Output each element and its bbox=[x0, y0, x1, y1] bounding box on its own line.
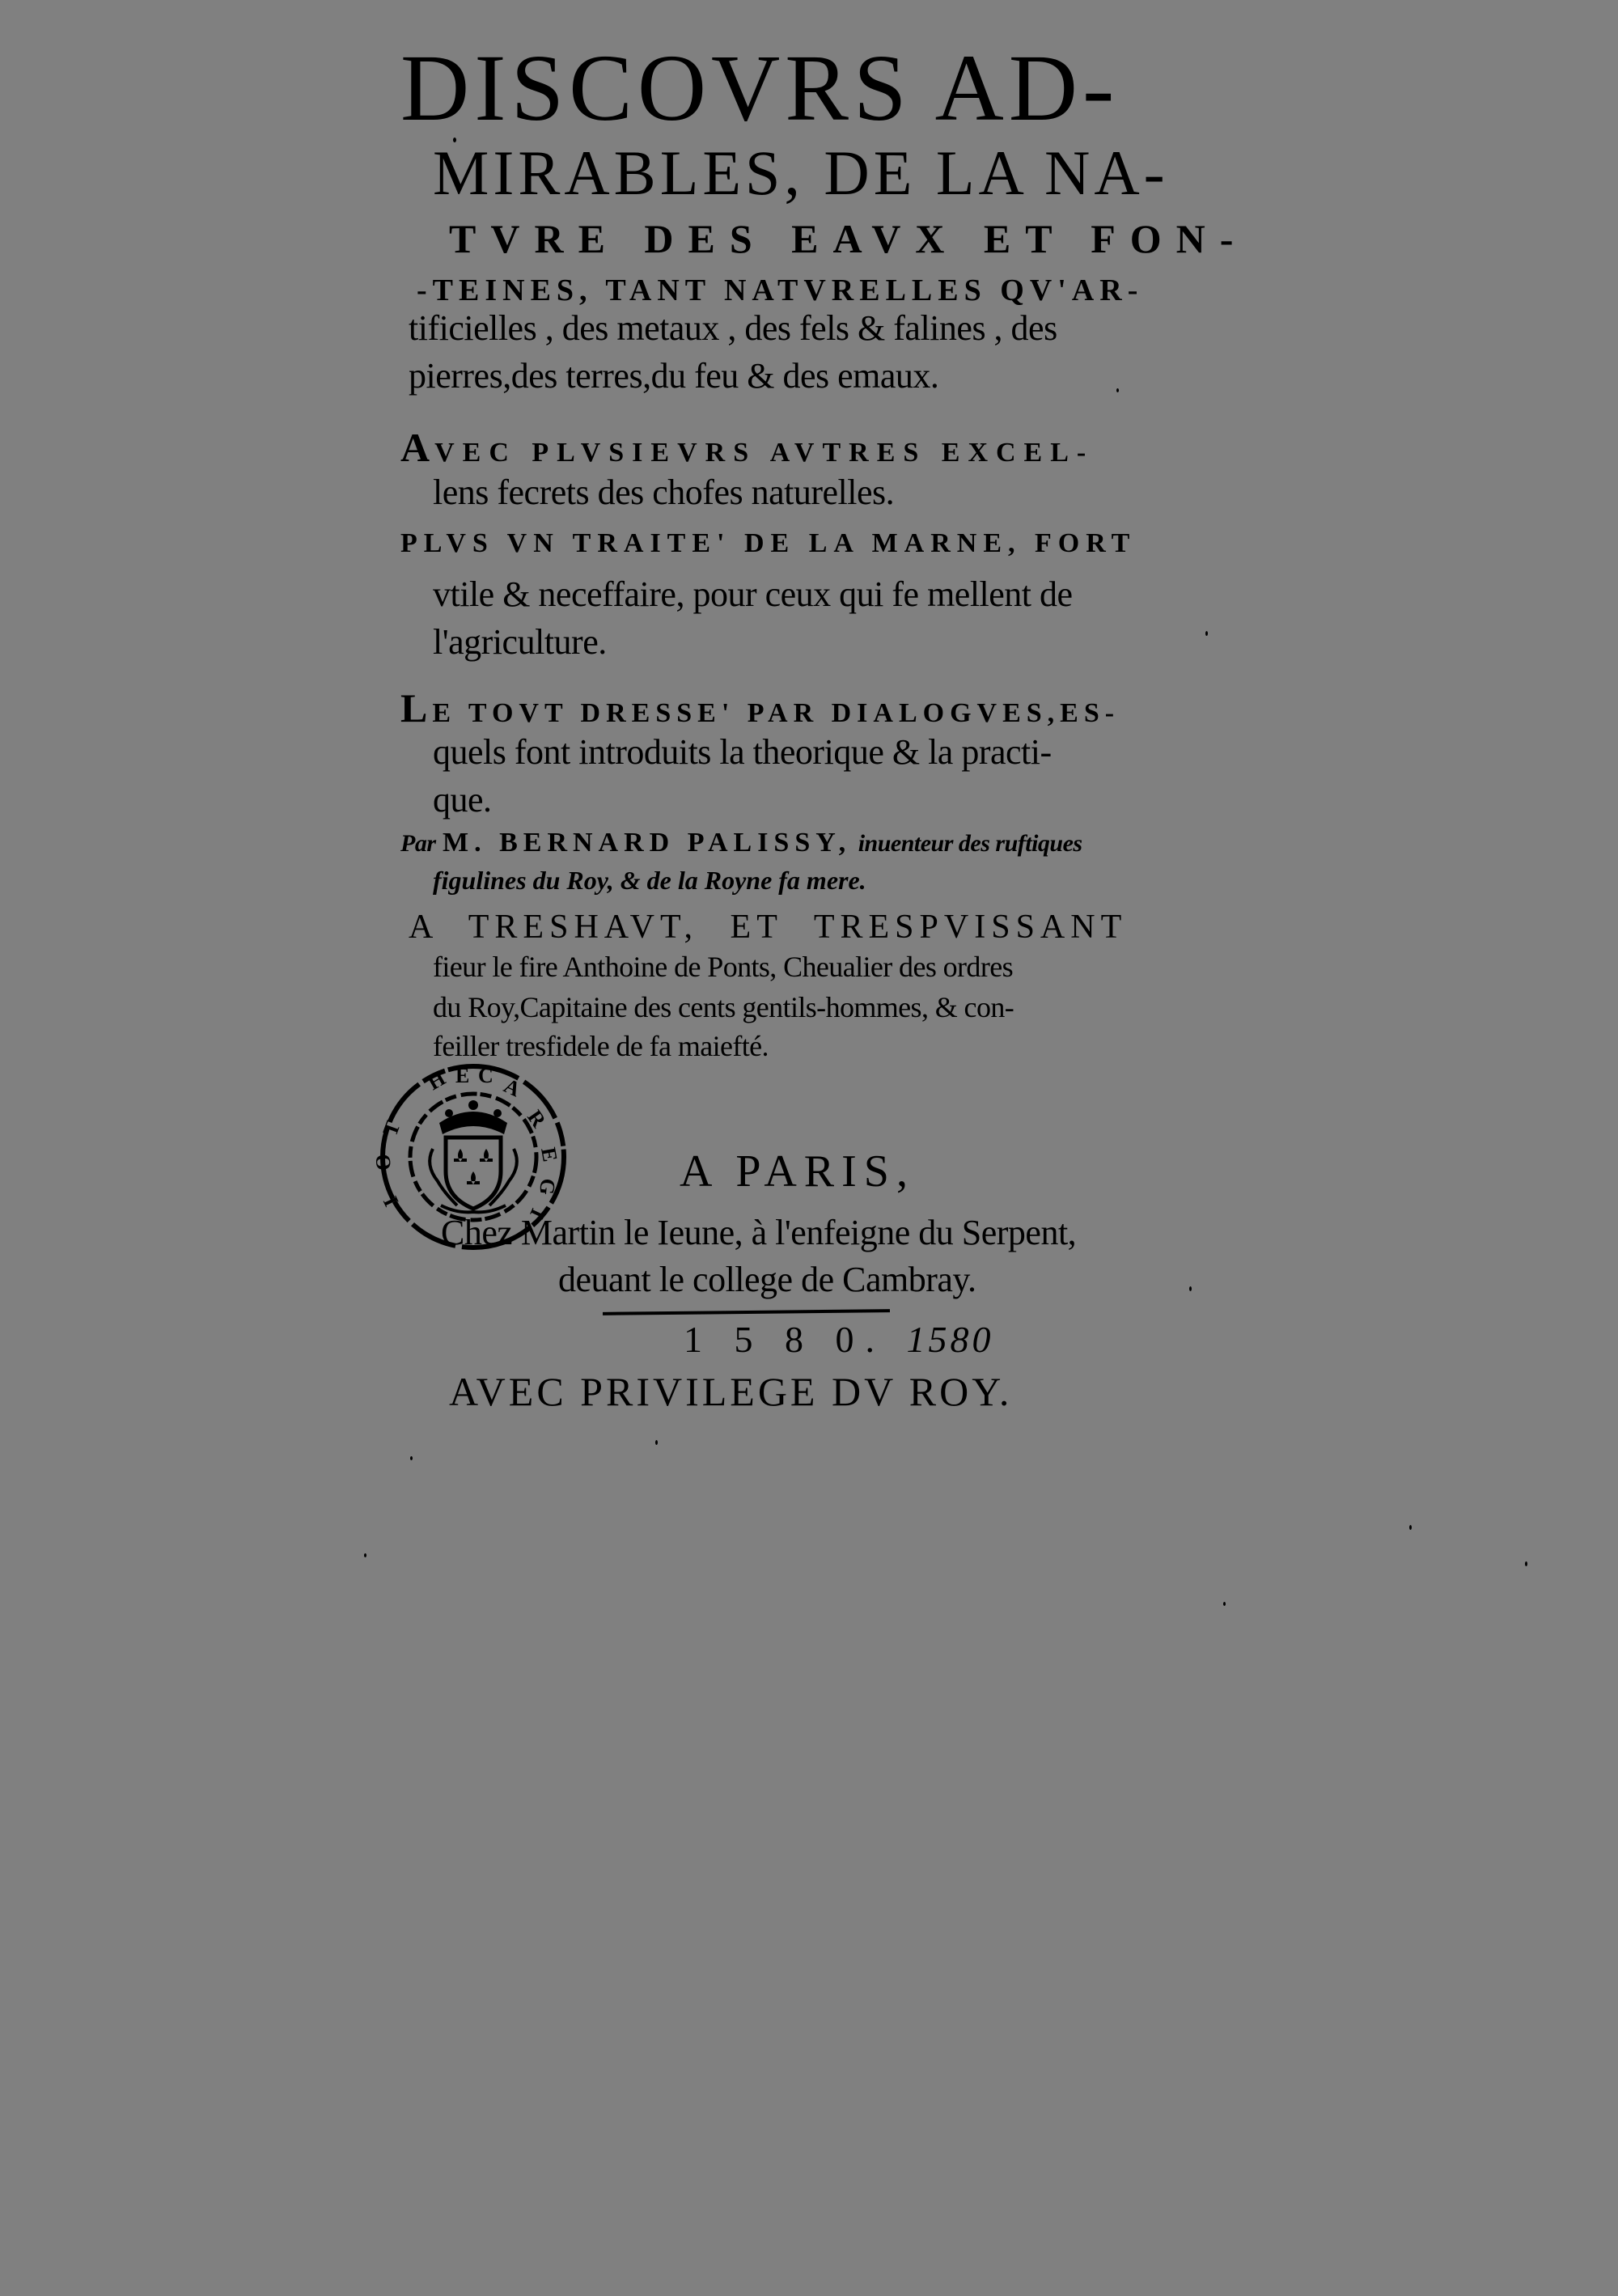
author-prefix: Par bbox=[400, 830, 436, 857]
section-letovt-line-3: que. bbox=[433, 782, 492, 818]
svg-text:R: R bbox=[523, 1106, 551, 1132]
title-line-2: MIRABLES, DE LA NA- bbox=[433, 142, 1169, 205]
section-avec-initial: A bbox=[400, 425, 434, 470]
ink-speck bbox=[453, 138, 456, 142]
ink-speck bbox=[364, 1553, 366, 1557]
title-line-5: tificielles , des metaux , des fels & fa… bbox=[409, 311, 1057, 346]
imprint-year-printed: 1 5 8 0. bbox=[684, 1319, 886, 1360]
ink-speck bbox=[655, 1440, 658, 1445]
ink-speck bbox=[1409, 1525, 1412, 1530]
section-letovt-head-text: E TOVT DRESSE' PAR DIALOGVES,ES- bbox=[432, 698, 1120, 728]
imprint-rule bbox=[603, 1309, 890, 1315]
svg-text:A: A bbox=[500, 1074, 523, 1101]
library-stamp: H E C A R E G I T O I bbox=[376, 1060, 570, 1254]
author-name: M. BERNARD PALISSY, bbox=[443, 828, 851, 858]
svg-text:T: T bbox=[378, 1118, 404, 1139]
imprint-privilege: AVEC PRIVILEGE DV ROY. bbox=[449, 1371, 1012, 1412]
title-line-3: TVRE DES EAVX ET FON- bbox=[449, 218, 1247, 259]
title-line-6: pierres,des terres,du feu & des emaux. bbox=[409, 358, 938, 394]
section-letovt-initial: L bbox=[400, 685, 432, 731]
svg-text:O: O bbox=[376, 1153, 396, 1171]
author-title: inuenteur des ruftiques bbox=[858, 830, 1082, 857]
ink-speck bbox=[1223, 1602, 1226, 1606]
svg-text:H: H bbox=[424, 1066, 450, 1095]
title-line-1: DISCOVRS AD- bbox=[400, 40, 1119, 136]
section-plus-heading: PLVS VN TRAITE' DE LA MARNE, FORT bbox=[400, 530, 1136, 557]
section-avec-head-text: VEC PLVSIEVRS AVTRES EXCEL- bbox=[434, 438, 1094, 468]
section-plus-line-2: vtile & neceffaire, pour ceux qui fe mel… bbox=[433, 577, 1073, 612]
svg-text:E: E bbox=[536, 1146, 562, 1163]
imprint-city: A PARIS, bbox=[680, 1149, 915, 1194]
author-line: Par M. BERNARD PALISSY, inuenteur des ru… bbox=[400, 829, 1082, 857]
ink-speck bbox=[1525, 1561, 1527, 1566]
ink-speck bbox=[1205, 631, 1208, 636]
author-line-2: figulines du Roy, & de la Royne fa mere. bbox=[433, 867, 866, 893]
svg-text:G: G bbox=[535, 1177, 560, 1196]
ink-speck bbox=[1116, 388, 1119, 392]
imprint-year-handwritten: 1580 bbox=[907, 1319, 994, 1360]
section-letovt-heading: LE TOVT DRESSE' PAR DIALOGVES,ES- bbox=[400, 688, 1120, 728]
dedication-line-3: du Roy,Capitaine des cents gentils-homme… bbox=[433, 993, 1014, 1022]
svg-text:C: C bbox=[478, 1064, 493, 1087]
ink-speck bbox=[410, 1456, 413, 1460]
ink-speck bbox=[1189, 1286, 1192, 1291]
imprint-printer-line-2: deuant le college de Cambray. bbox=[558, 1262, 976, 1298]
imprint-year-line: 1 5 8 0. 1580 bbox=[684, 1321, 994, 1358]
title-line-4: -TEINES, TANT NATVRELLES QV'AR- bbox=[417, 275, 1143, 306]
section-plus-line-3: l'agriculture. bbox=[433, 625, 607, 660]
fleur-de-lis-stamp-icon: H E C A R E G I T O I bbox=[376, 1060, 570, 1254]
svg-text:E: E bbox=[455, 1064, 469, 1087]
section-avec-heading: AVEC PLVSIEVRS AVTRES EXCEL- bbox=[400, 427, 1094, 468]
section-letovt-line-2: quels font introduits la theorique & la … bbox=[433, 735, 1052, 770]
dedication-heading: A TRESHAVT, ET TRESPVISSANT bbox=[409, 910, 1127, 944]
dedication-line-2: fieur le fire Anthoine de Ponts, Cheuali… bbox=[433, 952, 1013, 981]
section-avec-line-2: lens fecrets des chofes naturelles. bbox=[433, 475, 894, 510]
dedication-line-4: feiller tresfidele de fa maiefté. bbox=[433, 1032, 769, 1061]
